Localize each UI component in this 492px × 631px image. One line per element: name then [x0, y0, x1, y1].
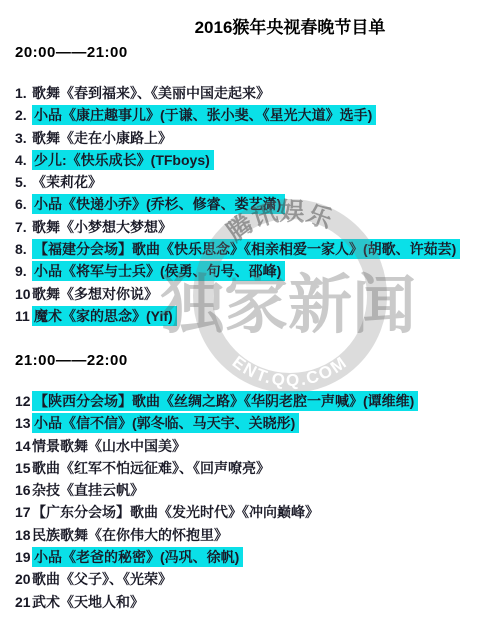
item-number: 4.	[15, 149, 32, 171]
item-title: 杂技《直挂云帆》	[32, 482, 144, 498]
item-title: 小品《将军与士兵》(侯勇、句号、邵峰)	[32, 261, 285, 281]
item-title: 歌舞《多想对你说》	[32, 286, 158, 302]
item-number: 15	[15, 457, 32, 479]
item-title: 民族歌舞《在你伟大的怀抱里》	[32, 527, 228, 543]
item-title: 歌舞《走在小康路上》	[32, 130, 172, 146]
program-item: 10歌舞《多想对你说》	[15, 283, 492, 305]
item-number: 12	[15, 390, 32, 412]
item-title: 歌舞《春到福来》、《美丽中国走起来》	[32, 85, 270, 101]
program-item: 12【陕西分会场】歌曲《丝绸之路》《华阴老腔一声喊》(谭维维)	[15, 390, 492, 412]
item-title: 小品《康庄趣事儿》(于谦、张小斐、《星光大道》选手)	[32, 105, 376, 125]
program-item: 3.歌舞《走在小康路上》	[15, 127, 492, 149]
time-range-header: 21:00——22:00	[15, 352, 492, 370]
program-list-page: 2016猴年央视春晚节目单 20:00——21:001.歌舞《春到福来》、《美丽…	[0, 0, 492, 631]
item-number: 1.	[15, 82, 32, 104]
program-item: 2.小品《康庄趣事儿》(于谦、张小斐、《星光大道》选手)	[15, 104, 492, 126]
item-title: 情景歌舞《山水中国美》	[32, 438, 186, 454]
program-item: 18民族歌舞《在你伟大的怀抱里》	[15, 524, 492, 546]
item-title: 歌曲《红军不怕远征难》、《回声嘹亮》	[32, 460, 270, 476]
item-title: 小品《快递小乔》(乔杉、修睿、娄艺潇)	[32, 194, 285, 214]
item-number: 20	[15, 568, 32, 590]
time-range-header: 20:00——21:00	[15, 44, 492, 62]
program-item: 16杂技《直挂云帆》	[15, 479, 492, 501]
item-title: 【陕西分会场】歌曲《丝绸之路》《华阴老腔一声喊》(谭维维)	[32, 391, 418, 411]
program-item: 11魔术《家的思念》(Yif)	[15, 305, 492, 327]
item-number: 19	[15, 546, 32, 568]
item-number: 5.	[15, 171, 32, 193]
program-item: 8.【福建分会场】歌曲《快乐思念》《相亲相爱一家人》(胡歌、许茹芸)	[15, 238, 492, 260]
program-item: 15歌曲《红军不怕远征难》、《回声嘹亮》	[15, 457, 492, 479]
program-item: 9.小品《将军与士兵》(侯勇、句号、邵峰)	[15, 260, 492, 282]
program-item-list: 12【陕西分会场】歌曲《丝绸之路》《华阴老腔一声喊》(谭维维)13小品《信不信》…	[15, 390, 492, 613]
item-number: 11	[15, 305, 32, 327]
program-item: 1.歌舞《春到福来》、《美丽中国走起来》	[15, 82, 492, 104]
item-number: 10	[15, 283, 32, 305]
program-item: 19小品《老爸的秘密》(冯巩、徐帆)	[15, 546, 492, 568]
program-item: 17【广东分会场】歌曲《发光时代》《冲向巅峰》	[15, 501, 492, 523]
item-title: 魔术《家的思念》(Yif)	[32, 306, 177, 326]
program-section: 20:00——21:001.歌舞《春到福来》、《美丽中国走起来》2.小品《康庄趣…	[15, 44, 492, 327]
program-item-list: 1.歌舞《春到福来》、《美丽中国走起来》2.小品《康庄趣事儿》(于谦、张小斐、《…	[15, 82, 492, 327]
item-title: 少儿:《快乐成长》(TFboys)	[32, 150, 214, 170]
item-number: 18	[15, 524, 32, 546]
item-title: 小品《信不信》(郭冬临、马天宇、关晓彤)	[32, 413, 299, 433]
item-number: 16	[15, 479, 32, 501]
item-number: 2.	[15, 104, 32, 126]
program-section: 21:00——22:0012【陕西分会场】歌曲《丝绸之路》《华阴老腔一声喊》(谭…	[15, 352, 492, 613]
program-sections: 20:00——21:001.歌舞《春到福来》、《美丽中国走起来》2.小品《康庄趣…	[0, 0, 492, 631]
program-item: 7.歌舞《小梦想大梦想》	[15, 216, 492, 238]
program-item: 14情景歌舞《山水中国美》	[15, 435, 492, 457]
program-item: 6.小品《快递小乔》(乔杉、修睿、娄艺潇)	[15, 193, 492, 215]
item-number: 8.	[15, 238, 32, 260]
program-item: 4.少儿:《快乐成长》(TFboys)	[15, 149, 492, 171]
item-title: 【福建分会场】歌曲《快乐思念》《相亲相爱一家人》(胡歌、许茹芸)	[32, 239, 460, 259]
program-item: 5.《茉莉花》	[15, 171, 492, 193]
item-number: 17	[15, 501, 32, 523]
item-number: 21	[15, 591, 32, 613]
item-title: 武术《天地人和》	[32, 594, 144, 610]
item-number: 7.	[15, 216, 32, 238]
item-number: 13	[15, 412, 32, 434]
program-item: 21武术《天地人和》	[15, 591, 492, 613]
item-title: 《茉莉花》	[32, 174, 102, 190]
item-number: 14	[15, 435, 32, 457]
item-number: 3.	[15, 127, 32, 149]
item-title: 歌曲《父子》、《光荣》	[32, 571, 172, 587]
item-number: 6.	[15, 193, 32, 215]
item-title: 小品《老爸的秘密》(冯巩、徐帆)	[32, 547, 243, 567]
item-title: 歌舞《小梦想大梦想》	[32, 219, 172, 235]
program-item: 20歌曲《父子》、《光荣》	[15, 568, 492, 590]
item-number: 9.	[15, 260, 32, 282]
program-item: 13小品《信不信》(郭冬临、马天宇、关晓彤)	[15, 412, 492, 434]
item-title: 【广东分会场】歌曲《发光时代》《冲向巅峰》	[32, 504, 319, 520]
